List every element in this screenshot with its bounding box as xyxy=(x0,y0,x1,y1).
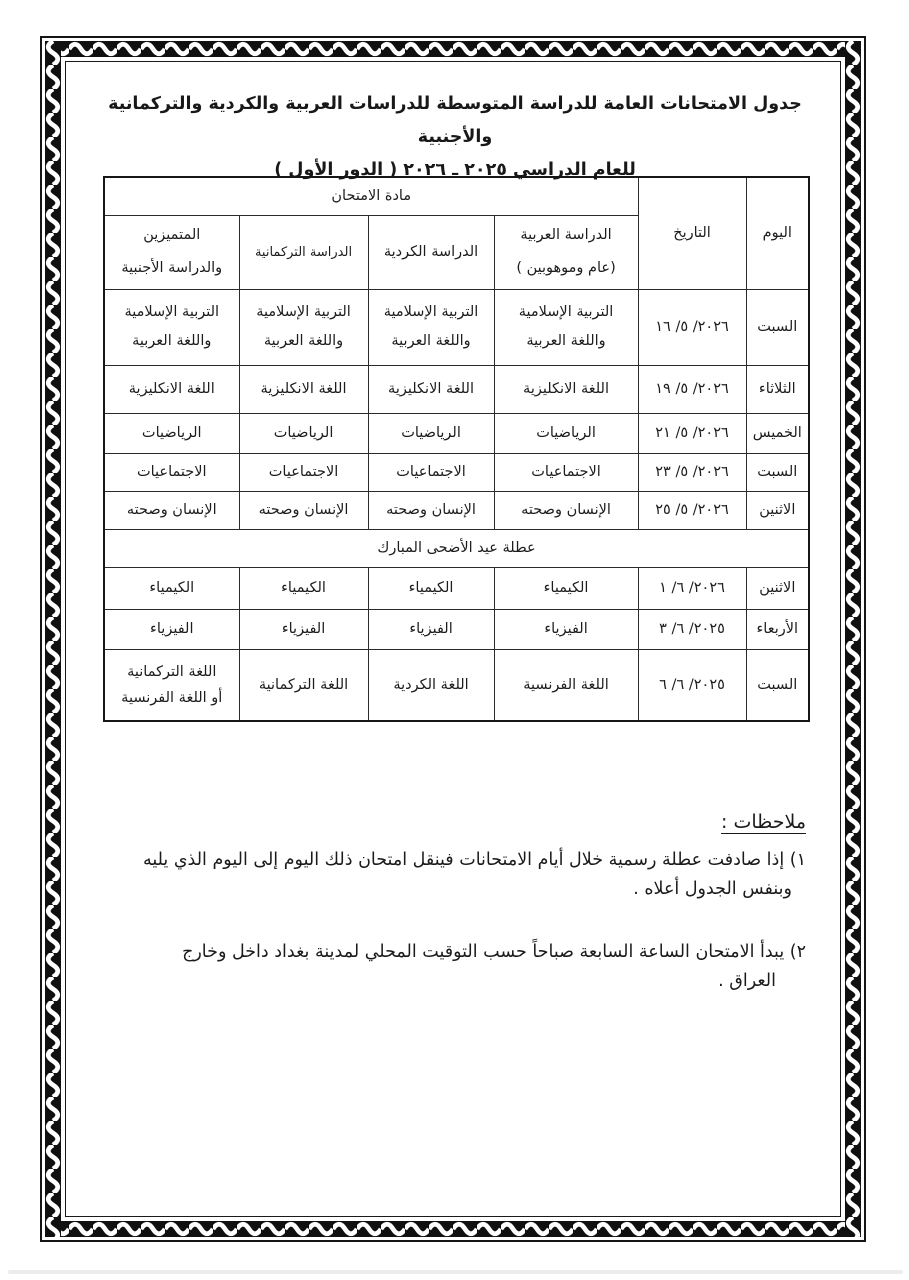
cell-turkmen-study: الإنسان وصحته xyxy=(239,491,368,529)
decorative-wave-border-right-icon xyxy=(845,41,861,1237)
note-1-line-1: ١) إذا صادفت عطلة رسمية خلال أيام الامتح… xyxy=(105,846,806,875)
cell-arabic-study: الفيزياء xyxy=(494,609,638,649)
decorative-wave-border-bottom-icon xyxy=(45,1221,861,1237)
cell-kurdish-study: الرياضيات xyxy=(368,413,494,453)
cell-date: ٢٠٢٦/ ٥/ ٢١ xyxy=(638,413,746,453)
decorative-wave-border-left-icon xyxy=(45,41,61,1237)
exam-schedule-table: اليوم التاريخ مادة الامتحان الدراسة العر… xyxy=(103,176,810,722)
table-row: الاثنين ٢٠٢٦/ ٦/ ١ الكيمياء الكيمياء الك… xyxy=(104,567,809,609)
cell-day: الاثنين xyxy=(746,567,809,609)
cell-date: ٢٠٢٥/ ٦/ ٦ xyxy=(638,649,746,721)
note-2-line-1: ٢) يبدأ الامتحان الساعة السابعة صباحاً ح… xyxy=(105,938,806,967)
cell-day: السبت xyxy=(746,289,809,365)
cell-turkmen-study: اللغة الانكليزية xyxy=(239,365,368,413)
note-1-line-2: وبنفس الجدول أعلاه . xyxy=(105,875,792,904)
col-header-date: التاريخ xyxy=(638,177,746,289)
cell-arabic-study: اللغة الفرنسية xyxy=(494,649,638,721)
notes-heading: ملاحظات : xyxy=(721,808,806,837)
table-row: الخميس ٢٠٢٦/ ٥/ ٢١ الرياضيات الرياضيات ا… xyxy=(104,413,809,453)
cell-date: ٢٠٢٦/ ٥/ ٢٥ xyxy=(638,491,746,529)
col-header-turkmen-study: الدراسة التركمانية xyxy=(239,215,368,289)
cell-date: ٢٠٢٦/ ٥/ ٢٣ xyxy=(638,453,746,491)
document-title: جدول الامتحانات العامة للدراسة المتوسطة … xyxy=(75,88,835,187)
table-row: السبت ٢٠٢٦/ ٥/ ١٦ التربية الإسلامية والل… xyxy=(104,289,809,365)
col-header-day: اليوم xyxy=(746,177,809,289)
cell-kurdish-study: الفيزياء xyxy=(368,609,494,649)
cell-arabic-study: التربية الإسلامية واللغة العربية xyxy=(494,289,638,365)
table-row: الاثنين ٢٠٢٦/ ٥/ ٢٥ الإنسان وصحته الإنسا… xyxy=(104,491,809,529)
table-row: السبت ٢٠٢٦/ ٥/ ٢٣ الاجتماعيات الاجتماعيا… xyxy=(104,453,809,491)
cell-arabic-study: الرياضيات xyxy=(494,413,638,453)
cell-arabic-study: الاجتماعيات xyxy=(494,453,638,491)
subject-group-header: مادة الامتحان xyxy=(104,177,638,215)
cell-day: الخميس xyxy=(746,413,809,453)
cell-day: السبت xyxy=(746,649,809,721)
cell-kurdish-study: اللغة الانكليزية xyxy=(368,365,494,413)
decorative-wave-border-top-icon xyxy=(45,41,861,57)
scan-artifact-line xyxy=(8,1270,903,1274)
cell-date: ٢٠٢٦/ ٦/ ١ xyxy=(638,567,746,609)
col-header-kurdish-study: الدراسة الكردية xyxy=(368,215,494,289)
cell-day: السبت xyxy=(746,453,809,491)
table-header-row-top: اليوم التاريخ مادة الامتحان xyxy=(104,177,809,215)
note-1: ١) إذا صادفت عطلة رسمية خلال أيام الامتح… xyxy=(105,846,806,904)
cell-turkmen-study: اللغة التركمانية xyxy=(239,649,368,721)
cell-turkmen-study: الفيزياء xyxy=(239,609,368,649)
cell-distinguished-foreign: التربية الإسلامية واللغة العربية xyxy=(104,289,239,365)
holiday-cell: عطلة عيد الأضحى المبارك xyxy=(104,529,809,567)
col-header-distinguished-foreign: المتميزين والدراسة الأجنبية xyxy=(104,215,239,289)
notes-section: ملاحظات : ١) إذا صادفت عطلة رسمية خلال أ… xyxy=(105,808,806,1030)
cell-distinguished-foreign: الإنسان وصحته xyxy=(104,491,239,529)
page-root: { "title": { "line1": "جدول الامتحانات ا… xyxy=(0,0,909,1280)
table-row: الثلاثاء ٢٠٢٦/ ٥/ ١٩ اللغة الانكليزية ال… xyxy=(104,365,809,413)
cell-distinguished-foreign: اللغة التركمانية أو اللغة الفرنسية xyxy=(104,649,239,721)
cell-turkmen-study: الرياضيات xyxy=(239,413,368,453)
cell-arabic-study: الكيمياء xyxy=(494,567,638,609)
note-2: ٢) يبدأ الامتحان الساعة السابعة صباحاً ح… xyxy=(105,938,806,996)
cell-distinguished-foreign: الفيزياء xyxy=(104,609,239,649)
cell-distinguished-foreign: اللغة الانكليزية xyxy=(104,365,239,413)
cell-kurdish-study: اللغة الكردية xyxy=(368,649,494,721)
cell-day: الثلاثاء xyxy=(746,365,809,413)
cell-kurdish-study: الاجتماعيات xyxy=(368,453,494,491)
cell-distinguished-foreign: الاجتماعيات xyxy=(104,453,239,491)
cell-day: الاثنين xyxy=(746,491,809,529)
holiday-row: عطلة عيد الأضحى المبارك xyxy=(104,529,809,567)
cell-day: الأربعاء xyxy=(746,609,809,649)
cell-distinguished-foreign: الرياضيات xyxy=(104,413,239,453)
cell-turkmen-study: الكيمياء xyxy=(239,567,368,609)
cell-arabic-study: الإنسان وصحته xyxy=(494,491,638,529)
cell-kurdish-study: الإنسان وصحته xyxy=(368,491,494,529)
note-2-line-2: العراق . xyxy=(105,967,776,996)
cell-kurdish-study: الكيمياء xyxy=(368,567,494,609)
cell-arabic-study: اللغة الانكليزية xyxy=(494,365,638,413)
table-row: الأربعاء ٢٠٢٥/ ٦/ ٣ الفيزياء الفيزياء ال… xyxy=(104,609,809,649)
cell-turkmen-study: الاجتماعيات xyxy=(239,453,368,491)
document-title-line-1: جدول الامتحانات العامة للدراسة المتوسطة … xyxy=(75,88,835,154)
cell-turkmen-study: التربية الإسلامية واللغة العربية xyxy=(239,289,368,365)
cell-kurdish-study: التربية الإسلامية واللغة العربية xyxy=(368,289,494,365)
cell-distinguished-foreign: الكيمياء xyxy=(104,567,239,609)
cell-date: ٢٠٢٦/ ٥/ ١٩ xyxy=(638,365,746,413)
col-header-arabic-study: الدراسة العربية (عام وموهوبين ) xyxy=(494,215,638,289)
table-row: السبت ٢٠٢٥/ ٦/ ٦ اللغة الفرنسية اللغة ال… xyxy=(104,649,809,721)
cell-date: ٢٠٢٥/ ٦/ ٣ xyxy=(638,609,746,649)
cell-date: ٢٠٢٦/ ٥/ ١٦ xyxy=(638,289,746,365)
